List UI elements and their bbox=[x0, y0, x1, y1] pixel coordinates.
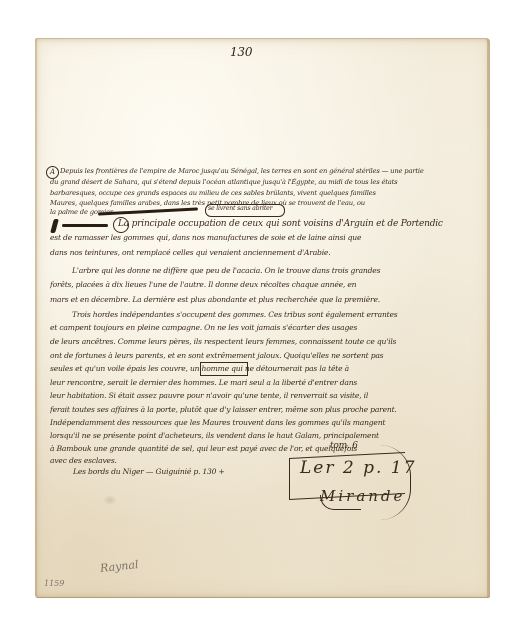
text-line-21: lorsqu'il ne se présente point d'acheteu… bbox=[50, 431, 492, 440]
reference-text: Ler 2 p. 17 bbox=[300, 458, 416, 478]
text-line-2: du grand désert de Sahara, qui s'étend d… bbox=[50, 178, 492, 186]
text-line-16: seules et qu'un voile épais les couvre, … bbox=[50, 364, 492, 373]
text-line-7: est de ramasser les gommes qui, dans nos… bbox=[50, 233, 492, 242]
ink-smudge bbox=[103, 495, 117, 505]
text-line-22: à Bambouk une grande quantité de sel, qu… bbox=[50, 444, 492, 453]
text-line-14: de leurs ancêtres. Comme leurs pères, il… bbox=[50, 337, 492, 346]
text-line-17: leur rencontre, serait le dernier des ho… bbox=[50, 378, 492, 387]
text-line-23: avec des esclaves. bbox=[50, 456, 150, 465]
inserted-note: se livrent sans abriter bbox=[208, 205, 272, 212]
text-line-19: ferait toutes ses affaires à la porte, p… bbox=[50, 405, 492, 414]
text-line-13: et campent toujours en pleine campagne. … bbox=[50, 323, 492, 332]
text-line-15: ont de fortunes à leurs parents, et en s… bbox=[50, 351, 492, 360]
text-line-10: forêts, placées à dix lieues l'une de l'… bbox=[50, 280, 492, 289]
text-line-3: barbaresques, occupe ces grands espaces … bbox=[50, 189, 492, 197]
page-number: 130 bbox=[230, 45, 252, 59]
footer-note: Les bords du Niger — Guiguinié p. 130 + bbox=[73, 467, 225, 476]
signature: Mirande bbox=[320, 487, 405, 505]
text-line-11: mars et en décembre. La dernière est plu… bbox=[50, 295, 492, 304]
inventory-number: 1159 bbox=[44, 579, 64, 588]
text-line-1: Depuis les frontières de l'empire de Mar… bbox=[60, 167, 492, 175]
strikethrough-mark-2 bbox=[62, 224, 108, 227]
text-line-18: leur habitation. Si était assez pauvre p… bbox=[50, 391, 492, 400]
text-line-8: dans nos teintures, ont remplacé celles … bbox=[50, 248, 492, 257]
text-line-9: L'arbre qui les donne ne diffère que peu… bbox=[72, 266, 492, 275]
text-line-20: Indépendamment des ressources que les Ma… bbox=[50, 418, 492, 427]
text-line-12: Trois hordes indépendantes s'occupent de… bbox=[72, 310, 492, 319]
boxed-word-outline bbox=[200, 362, 248, 376]
text-line-6: La principale occupation de ceux qui son… bbox=[118, 219, 493, 229]
tome-label: tom. 6 bbox=[330, 441, 358, 451]
